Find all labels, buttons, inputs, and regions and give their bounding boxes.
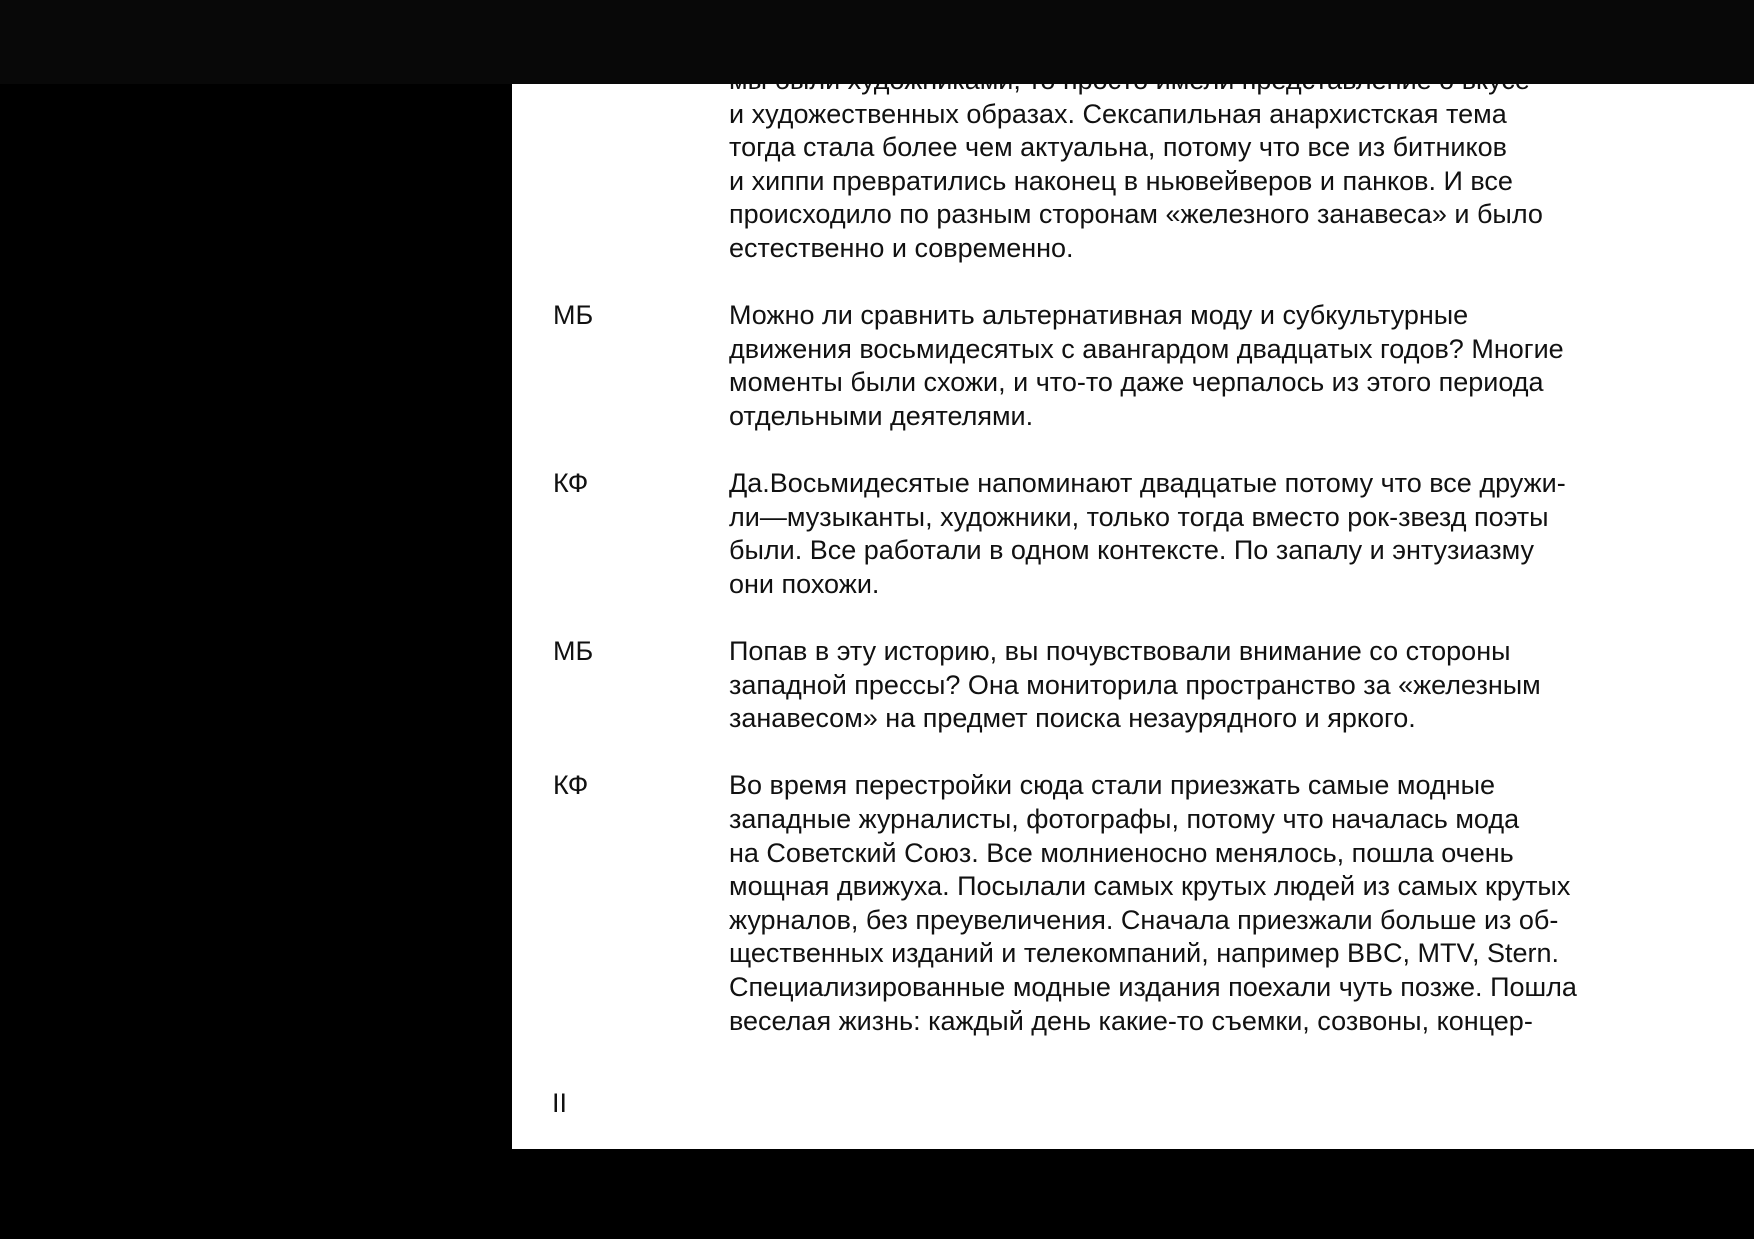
interview-entry: КФДа.Восьмидесятые напоминают двадцатые … [512, 467, 1754, 601]
text-line: естественно и современно. [729, 232, 1754, 266]
text-line: Во время перестройки сюда стали приезжат… [729, 769, 1754, 803]
text-line: западной прессы? Она мониторила простран… [729, 669, 1754, 703]
text-line: отдельными деятелями. [729, 400, 1754, 434]
text-line: Да.Восьмидесятые напоминают двадцатые по… [729, 467, 1754, 501]
text-line: мощная движуха. Посылали самых крутых лю… [729, 870, 1754, 904]
speaker-label: КФ [553, 769, 588, 803]
text-line: и хиппи превратились наконец в ньювейвер… [729, 165, 1754, 199]
text-line: и художественных образах. Сексапильная а… [729, 98, 1754, 132]
text-line: моменты были схожи, и что-то даже черпал… [729, 366, 1754, 400]
text-line: Специализированные модные издания поехал… [729, 971, 1754, 1005]
interview-entry: МБМожно ли сравнить альтернативная моду … [512, 299, 1754, 433]
top-bar [0, 0, 1754, 84]
text-line: журналов, без преувеличения. Сначала при… [729, 904, 1754, 938]
text-line: ли—музыканты, художники, только тогда вм… [729, 501, 1754, 535]
interview-text: мы были художниками, то просто имели пре… [512, 64, 1754, 1072]
document-page: мы были художниками, то просто имели пре… [512, 0, 1754, 1149]
text-line: они похожи. [729, 568, 1754, 602]
text-line: происходило по разным сторонам «железног… [729, 198, 1754, 232]
interview-entry: МБПопав в эту историю, вы почувствовали … [512, 635, 1754, 736]
text-line: Можно ли сравнить альтернативная моду и … [729, 299, 1754, 333]
text-line: были. Все работали в одном контексте. По… [729, 534, 1754, 568]
text-line: на Советский Союз. Все молниеносно менял… [729, 837, 1754, 871]
paragraph: Можно ли сравнить альтернативная моду и … [729, 299, 1754, 433]
text-line: занавесом» на предмет поиска незаурядног… [729, 702, 1754, 736]
page-number: II [552, 1087, 567, 1121]
paragraph: Попав в эту историю, вы почувствовали вн… [729, 635, 1754, 736]
paragraph: Да.Восьмидесятые напоминают двадцатые по… [729, 467, 1754, 601]
text-line: Попав в эту историю, вы почувствовали вн… [729, 635, 1754, 669]
text-line: движения восьмидесятых с авангардом двад… [729, 333, 1754, 367]
text-line: тогда стала более чем актуальна, потому … [729, 131, 1754, 165]
speaker-label: МБ [553, 299, 593, 333]
paragraph: мы были художниками, то просто имели пре… [729, 64, 1754, 266]
interview-entry: КФВо время перестройки сюда стали приезж… [512, 769, 1754, 1038]
text-line: щественных изданий и телекомпаний, напри… [729, 937, 1754, 971]
speaker-label: КФ [553, 467, 588, 501]
speaker-label: МБ [553, 635, 593, 669]
text-line: западные журналисты, фотографы, потому ч… [729, 803, 1754, 837]
text-line: веселая жизнь: каждый день какие-то съем… [729, 1005, 1754, 1039]
interview-entry: мы были художниками, то просто имели пре… [512, 64, 1754, 266]
paragraph: Во время перестройки сюда стали приезжат… [729, 769, 1754, 1038]
